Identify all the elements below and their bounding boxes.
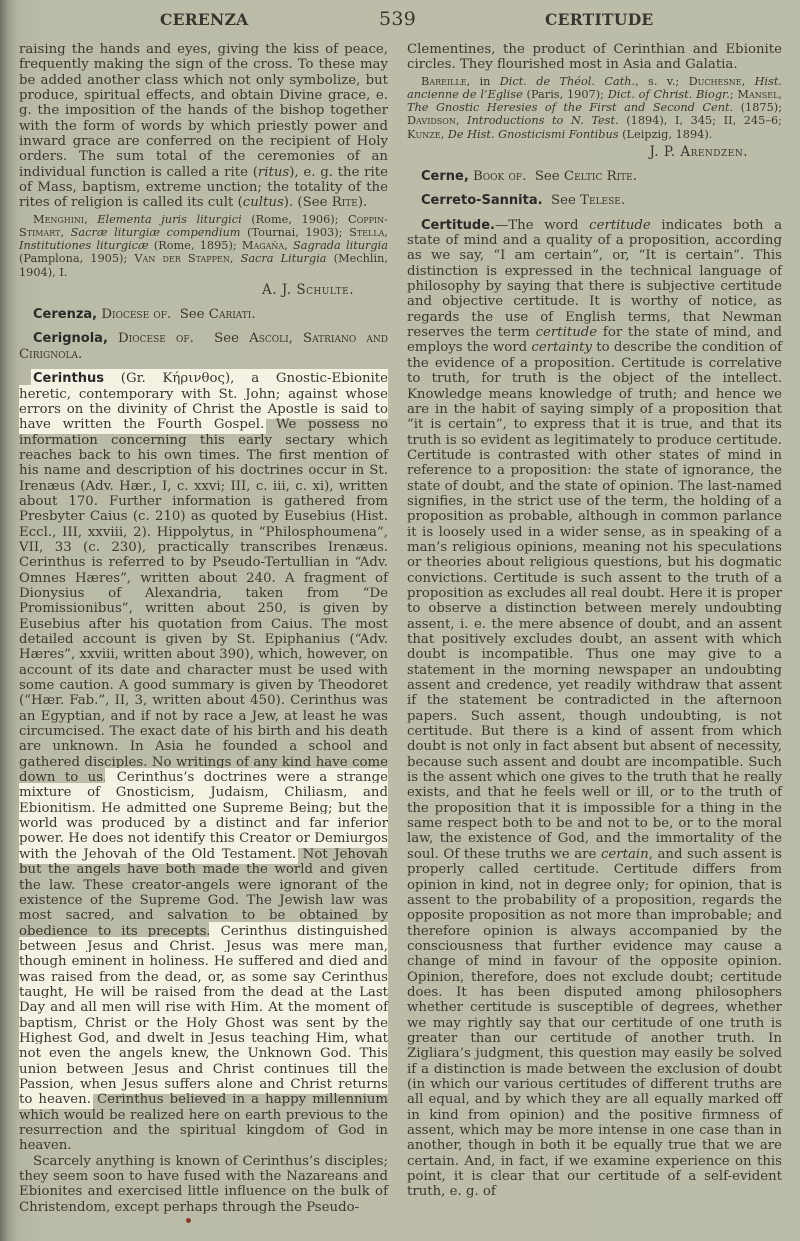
citation-text: (Tournai, 1903); — [241, 226, 350, 239]
citation-text: , — [456, 114, 467, 127]
author-signature: A. J. Schulte. — [19, 283, 388, 298]
right-column: Clementines, the product of Cerinthian a… — [407, 42, 782, 1200]
citation-text: (Rome, 1906); — [242, 213, 348, 226]
entry-headword: Cerignola, — [33, 331, 108, 346]
citation-text: , in — [467, 75, 500, 88]
entry-cerenza: Cerenza, Diocese of. See Cariati. — [19, 307, 388, 322]
header-left-title: CERENZA — [160, 10, 248, 29]
entry-headword: Cerne, — [421, 169, 469, 184]
entry-certitude: Certitude.—The word certitude indicates … — [407, 218, 782, 1200]
citation-text: (Pamplona, 1905); — [19, 252, 134, 265]
author-name: Van der Stappen — [134, 252, 229, 265]
citation-text: , — [60, 226, 70, 239]
entry-headword: Cerreto-Sannita. — [421, 193, 543, 208]
page-number: 539 — [379, 8, 416, 30]
author-name: Menghini, — [33, 213, 97, 226]
citation-text: (1894), I, 345; II, 245–6; — [619, 114, 782, 127]
cross-reference: Cariati. — [209, 307, 256, 322]
citation-text: (Leipzig, 1894). — [619, 128, 713, 141]
citation-text: (Paris, 1907); — [523, 88, 608, 101]
work-title: Elementa juris liturgici — [97, 213, 241, 226]
author-name: Magaña — [242, 239, 284, 252]
running-header: CERENZA 539 CERTITUDE — [0, 8, 800, 34]
left-column: raising the hands and eyes, giving the k… — [19, 42, 388, 1215]
author-name: Duchesne — [689, 75, 742, 88]
author-name: Kunze — [407, 128, 441, 141]
citation-text: , — [441, 128, 448, 141]
cerinthus-continuation: Clementines, the product of Cerinthian a… — [407, 42, 782, 73]
entry-headword: Certitude. — [421, 218, 495, 233]
cross-reference: Telese. — [580, 193, 625, 208]
entry-headword: Cerenza, — [33, 307, 97, 322]
rite-bibliography: Menghini, Elementa juris liturgici (Rome… — [19, 213, 388, 279]
entry-cerreto-sannita: Cerreto-Sannita. See Telese. — [407, 193, 782, 208]
author-name: Mansel — [737, 88, 778, 101]
author-signature: J. P. Arendzen. — [407, 145, 782, 160]
rite-continuation-paragraph: raising the hands and eyes, giving the k… — [19, 42, 388, 211]
citation-text: , — [778, 88, 782, 101]
citation-text: , — [384, 226, 388, 239]
highlighted-passage: Cerinthus distinguished between Jesus an… — [19, 924, 388, 1108]
cross-reference: Celtic Rite. — [564, 169, 637, 184]
citation-text: , s. v.; — [635, 75, 688, 88]
work-title: Dict. of Christ. Biogr. — [608, 88, 730, 101]
citation-text: (Rome, 1895); — [149, 239, 242, 252]
citation-text: , — [230, 252, 241, 265]
work-title: Introductions to N. Test. — [467, 114, 619, 127]
ink-spot — [186, 1218, 191, 1223]
entry-cerne: Cerne, Book of. See Celtic Rite. — [407, 169, 782, 184]
entry-headword: Cerinthus — [33, 371, 104, 386]
entry-cerignola: Cerignola, Diocese of. See Ascoli, Satri… — [19, 331, 388, 362]
work-title: The Gnostic Heresies of the First and Se… — [407, 101, 733, 114]
work-title: Institutiones liturgicæ — [19, 239, 149, 252]
author-name: Bareille — [421, 75, 467, 88]
cerinthus-paragraph-2: Scarcely anything is known of Cerinthus’… — [19, 1154, 388, 1215]
header-right-title: CERTITUDE — [545, 10, 654, 29]
citation-text: , — [284, 239, 293, 252]
author-name: Davidson — [407, 114, 456, 127]
cross-reference: Rite — [332, 195, 358, 210]
author-name: Stella — [349, 226, 384, 239]
work-title: Dict. de Théol. Cath. — [500, 75, 635, 88]
cerinthus-bibliography: Bareille, in Dict. de Théol. Cath., s. v… — [407, 75, 782, 141]
work-title: Sacræ liturgiæ compendium — [71, 226, 241, 239]
citation-text: (1875); — [733, 101, 782, 114]
encyclopedia-page: CERENZA 539 CERTITUDE raising the hands … — [0, 0, 800, 1241]
work-title: De Hist. Gnosticismi Fontibus — [448, 128, 619, 141]
entry-cerinthus: Cerinthus (Gr. Κήρινθος), a Gnostic-Ebio… — [19, 371, 388, 1154]
work-title: Sagrada liturgia — [293, 239, 388, 252]
work-title: Sacra Liturgia — [241, 252, 327, 265]
citation-text: , — [742, 75, 755, 88]
